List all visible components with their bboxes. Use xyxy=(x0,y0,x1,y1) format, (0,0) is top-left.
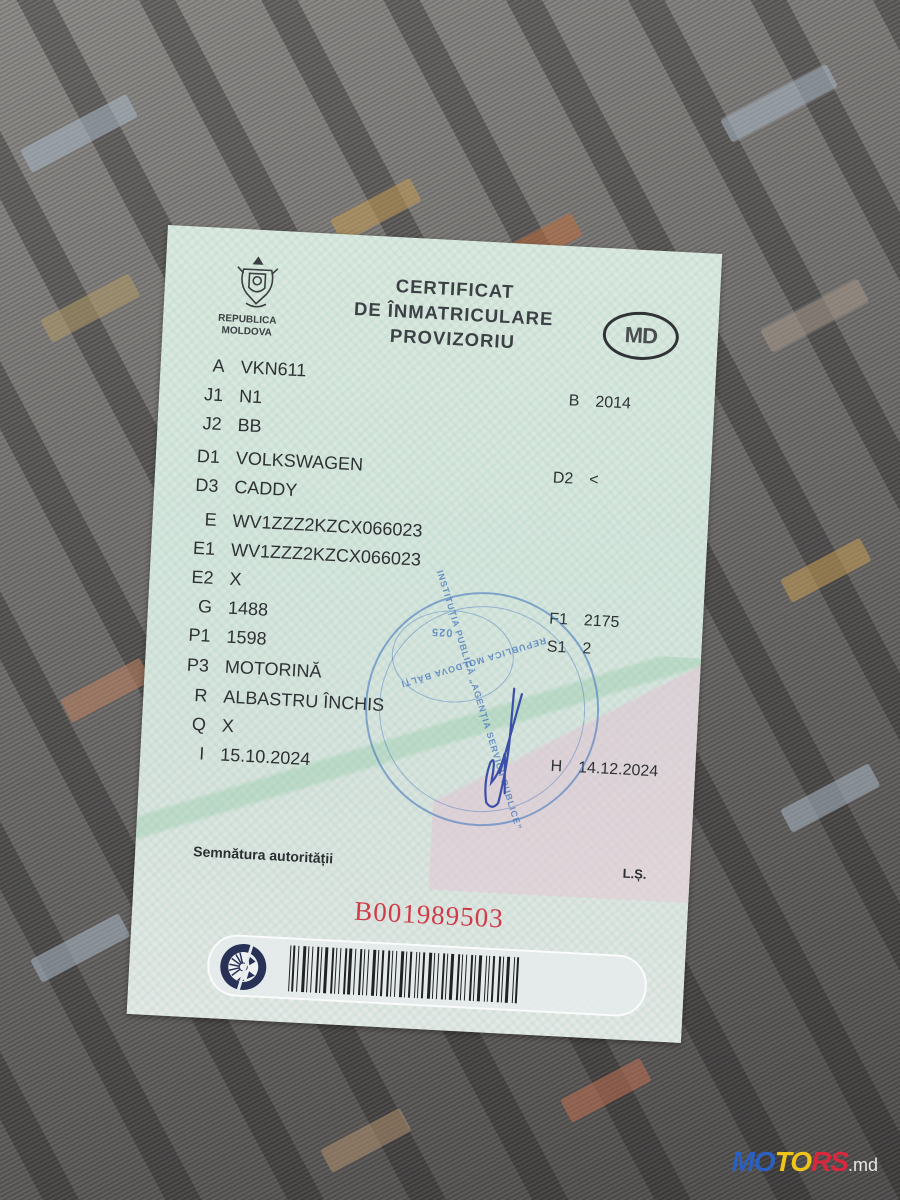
stamp-inner-text: REPUBLICA MOLDOVA BĂLȚI xyxy=(399,636,547,690)
field-code: Q xyxy=(161,712,206,735)
field-row: D2< xyxy=(543,469,599,490)
fabric-stripe xyxy=(20,94,138,173)
barcode-bar xyxy=(376,950,379,996)
seal-label: L.Ș. xyxy=(622,866,647,882)
registration-certificate: REPUBLICA MOLDOVA CERTIFICAT DE ÎNMATRIC… xyxy=(127,225,723,1043)
signature xyxy=(468,682,535,815)
barcode-bar xyxy=(404,951,407,997)
watermark-part: TO xyxy=(775,1146,811,1177)
field-value: CADDY xyxy=(234,477,298,500)
field-value: N1 xyxy=(239,386,263,407)
watermark-part: MO xyxy=(732,1146,775,1177)
barcode-bar xyxy=(323,947,328,993)
barcode-bar xyxy=(390,951,393,997)
watermark-part: RS xyxy=(811,1146,848,1177)
barcode-bar xyxy=(394,951,397,997)
fabric-stripe xyxy=(60,658,152,723)
fabric-stripe xyxy=(720,64,838,143)
barcode-bar xyxy=(491,956,495,1002)
field-code: E2 xyxy=(169,566,214,589)
field-row: J1N1 xyxy=(179,383,263,408)
field-value: VKN611 xyxy=(240,357,307,380)
barcode-bar xyxy=(347,948,352,994)
field-row: E2X xyxy=(169,566,242,591)
field-code: D3 xyxy=(174,474,219,497)
barcode-bar xyxy=(366,949,369,995)
fabric-stripe xyxy=(560,1058,652,1123)
field-row: J2BB xyxy=(177,412,262,437)
field-code: P1 xyxy=(166,624,211,647)
barcode-bar xyxy=(380,950,384,996)
barcode-bar xyxy=(408,952,412,998)
barcode-bar xyxy=(449,954,454,1000)
field-code: A xyxy=(180,354,225,377)
fabric-stripe xyxy=(780,538,872,603)
field-value: BB xyxy=(237,415,262,436)
barcode-bar xyxy=(436,953,439,999)
barcode-bar xyxy=(296,946,299,992)
field-value: < xyxy=(589,471,599,488)
field-value: 2175 xyxy=(583,612,619,631)
barcode-bar xyxy=(445,954,448,1000)
fabric-stripe xyxy=(40,273,141,343)
site-watermark: MOTORS.md xyxy=(732,1146,878,1178)
barcode-bar xyxy=(353,949,356,995)
field-value: 1488 xyxy=(228,598,269,620)
field-code: D2 xyxy=(543,469,574,489)
barcode-bar xyxy=(421,952,425,998)
field-code: J1 xyxy=(179,383,224,406)
field-value: 2014 xyxy=(595,394,631,413)
barcode-bar xyxy=(501,957,504,1003)
barcode-bar xyxy=(515,957,519,1003)
fabric-stripe xyxy=(760,278,869,353)
country-name: REPUBLICA MOLDOVA xyxy=(217,313,277,340)
fabric-stripe xyxy=(30,913,131,983)
field-code: R xyxy=(163,683,208,706)
fabric-stripe xyxy=(330,178,422,243)
barcode-bar xyxy=(334,948,337,994)
field-code: E1 xyxy=(171,537,216,560)
wheel-icon xyxy=(216,940,271,995)
field-code: G xyxy=(168,595,213,618)
document-title: CERTIFICAT DE ÎNMATRICULARE PROVIZORIU xyxy=(312,269,596,359)
barcode-bar xyxy=(310,947,313,993)
barcode-bar xyxy=(291,946,295,992)
barcode-bar xyxy=(306,946,309,992)
field-value: X xyxy=(221,716,234,737)
fabric-stripe xyxy=(320,1108,412,1173)
barcode-bar xyxy=(432,953,435,999)
fabric-stripe xyxy=(780,763,881,833)
barcode-bar xyxy=(319,947,322,993)
barcode-bar xyxy=(417,952,420,998)
coat-of-arms-icon xyxy=(232,253,283,313)
field-code: D1 xyxy=(175,445,220,468)
field-value: X xyxy=(229,569,242,590)
field-code: J2 xyxy=(177,412,222,435)
watermark-suffix: .md xyxy=(848,1155,878,1175)
barcode-bar xyxy=(477,955,482,1001)
field-value: MOTORINĂ xyxy=(224,657,322,682)
field-code: E xyxy=(172,508,217,531)
stamp-code: 025 xyxy=(431,625,453,638)
field-code: P3 xyxy=(164,653,209,676)
barcode-bar xyxy=(505,957,510,1003)
barcode-bar xyxy=(487,956,490,1002)
barcode-bar xyxy=(473,955,476,1001)
field-value: 1598 xyxy=(226,627,267,649)
barcode-bar xyxy=(362,949,365,995)
barcode-bar xyxy=(460,954,463,1000)
field-row: QX xyxy=(161,712,234,737)
barcode xyxy=(288,945,590,1007)
field-value: 14.12.2024 xyxy=(578,759,659,780)
barcode-bar xyxy=(464,955,467,1001)
barcode-bar xyxy=(338,948,341,994)
field-code: B xyxy=(549,391,580,411)
field-code: I xyxy=(160,741,205,764)
field-value: 15.10.2024 xyxy=(220,744,311,769)
